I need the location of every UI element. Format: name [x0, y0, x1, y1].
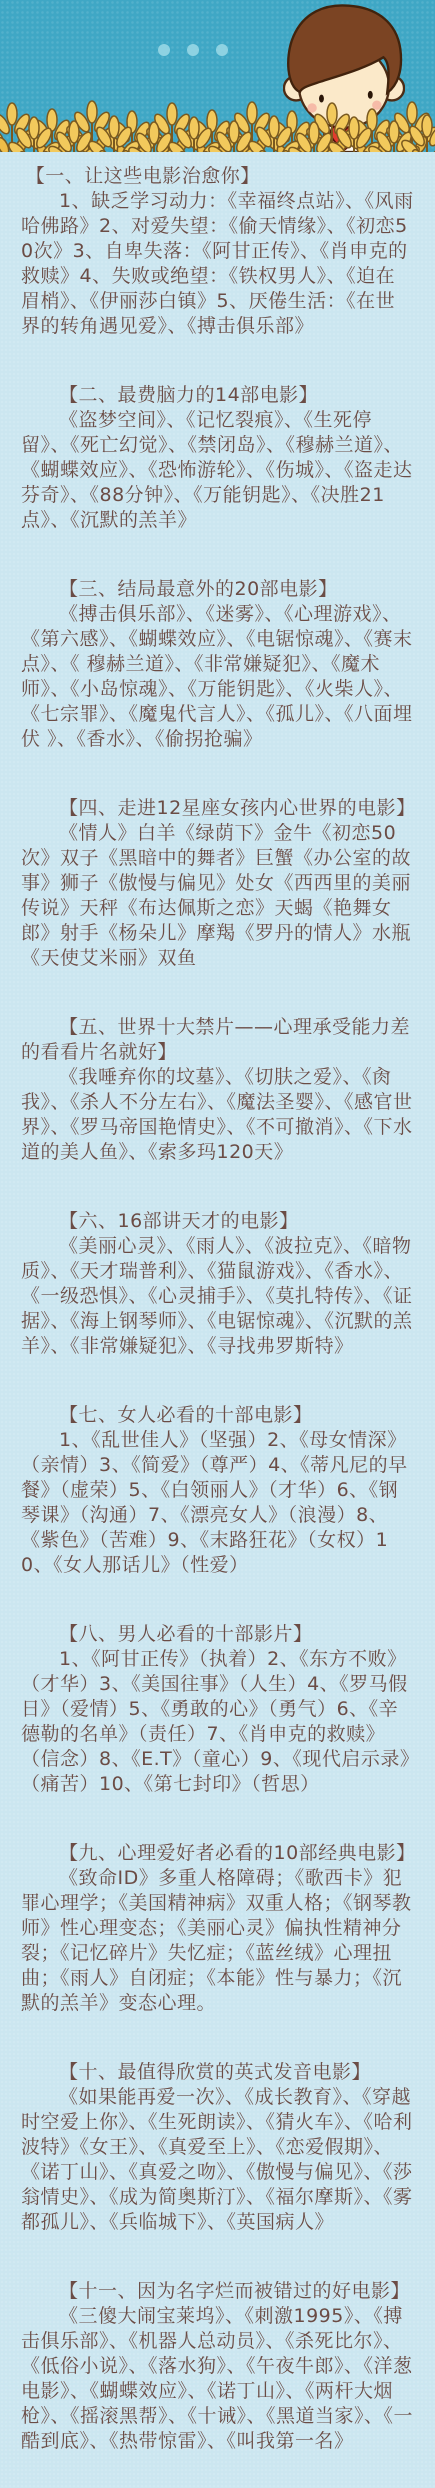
section-title: 【七、女人必看的十部电影】	[21, 1403, 414, 1428]
section-body: 1、缺乏学习动力：《幸福终点站》、《风雨哈佛路》2、对爱失望：《偷天情缘》、《初…	[21, 189, 414, 339]
section-body: 1、《阿甘正传》（执着）2、《东方不败》（才华）3、《美国往事》（人生）4、《罗…	[21, 1647, 414, 1797]
section-body: 《美丽心灵》、《雨人》、《波拉克》、《暗物质》、《天才瑞普利》、《猫鼠游戏》、《…	[21, 1234, 414, 1359]
section-banned-films: 【五、世界十大禁片——心理承受能力差的看看片名就好】 《我唾弃你的坟墓》、《切肤…	[21, 1015, 414, 1165]
section-title: 【九、心理爱好者必看的10部经典电影】	[21, 1841, 414, 1866]
section-title: 【十一、因为名字烂而被错过的好电影】	[21, 2279, 414, 2304]
section-title: 【四、走进12星座女孩内心世界的电影】	[21, 796, 414, 821]
section-british-accent-movies: 【十、最值得欣赏的英式发音电影】 《如果能再爱一次》、《成长教育》、《穿越时空爱…	[21, 2060, 414, 2235]
section-title: 【二、最费脑力的14部电影】	[21, 383, 414, 408]
section-title: 【五、世界十大禁片——心理承受能力差的看看片名就好】	[21, 1015, 414, 1065]
section-psychology-classics: 【九、心理爱好者必看的10部经典电影】 《致命ID》多重人格障碍；《歌西卡》犯罪…	[21, 1841, 414, 2016]
section-men-must-watch: 【八、男人必看的十部影片】 1、《阿甘正传》（执着）2、《东方不败》（才华）3、…	[21, 1622, 414, 1797]
header-banner	[0, 0, 435, 152]
section-mind-bending-movies: 【二、最费脑力的14部电影】 《盗梦空间》、《记忆裂痕》、《生死停留》、《死亡幻…	[21, 383, 414, 533]
section-title: 【一、让这些电影治愈你】	[21, 164, 414, 189]
dot-icon	[216, 44, 228, 56]
section-genius-movies: 【六、16部讲天才的电影】 《美丽心灵》、《雨人》、《波拉克》、《暗物质》、《天…	[21, 1209, 414, 1359]
dot-icon	[158, 44, 170, 56]
section-body: 《搏击俱乐部》、《迷雾》、《心理游戏》、《第六感》、《蝴蝶效应》、《电锯惊魂》、…	[21, 602, 414, 752]
section-body: 《我唾弃你的坟墓》、《切肤之爱》、《肏我》、《杀人不分左右》、《魔法圣婴》、《感…	[21, 1065, 414, 1165]
section-women-must-watch: 【七、女人必看的十部电影】 1、《乱世佳人》（坚强）2、《母女情深》（亲情）3、…	[21, 1403, 414, 1578]
section-zodiac-girls-movies: 【四、走进12星座女孩内心世界的电影】 《情人》白羊《绿荫下》金牛《初恋50次》…	[21, 796, 414, 971]
section-title: 【十、最值得欣赏的英式发音电影】	[21, 2060, 414, 2085]
wheat-field-border-icon	[0, 98, 435, 152]
section-body: 《盗梦空间》、《记忆裂痕》、《生死停留》、《死亡幻觉》、《禁闭岛》、《穆赫兰道》…	[21, 408, 414, 533]
three-dots-decor	[158, 44, 228, 56]
section-healing-movies: 【一、让这些电影治愈你】 1、缺乏学习动力：《幸福终点站》、《风雨哈佛路》2、对…	[21, 164, 414, 339]
section-body: 1、《乱世佳人》（坚强）2、《母女情深》（亲情）3、《简爱》（尊严）4、《蒂凡尼…	[21, 1428, 414, 1578]
section-body: 《致命ID》多重人格障碍；《歌西卡》犯罪心理学；《美国精神病》双重人格；《钢琴教…	[21, 1866, 414, 2016]
section-body: 《如果能再爱一次》、《成长教育》、《穿越时空爱上你》、《生死朗读》、《猜火车》、…	[21, 2085, 414, 2235]
movie-list-image: 【一、让这些电影治愈你】 1、缺乏学习动力：《幸福终点站》、《风雨哈佛路》2、对…	[0, 0, 435, 2488]
movie-list-body: 【一、让这些电影治愈你】 1、缺乏学习动力：《幸福终点站》、《风雨哈佛路》2、对…	[0, 152, 435, 2488]
section-title: 【三、结局最意外的20部电影】	[21, 577, 414, 602]
section-surprise-ending-movies: 【三、结局最意外的20部电影】 《搏击俱乐部》、《迷雾》、《心理游戏》、《第六感…	[21, 577, 414, 752]
dot-icon	[187, 44, 199, 56]
section-bad-title-good-movies: 【十一、因为名字烂而被错过的好电影】 《三傻大闹宝莱坞》、《刺激1995》、《搏…	[21, 2279, 414, 2454]
section-title: 【六、16部讲天才的电影】	[21, 1209, 414, 1234]
section-body: 《情人》白羊《绿荫下》金牛《初恋50次》双子《黑暗中的舞者》巨蟹《办公室的故事》…	[21, 821, 414, 971]
section-body: 《三傻大闹宝莱坞》、《刺激1995》、《搏击俱乐部》、《机器人总动员》、《杀死比…	[21, 2304, 414, 2454]
section-title: 【八、男人必看的十部影片】	[21, 1622, 414, 1647]
